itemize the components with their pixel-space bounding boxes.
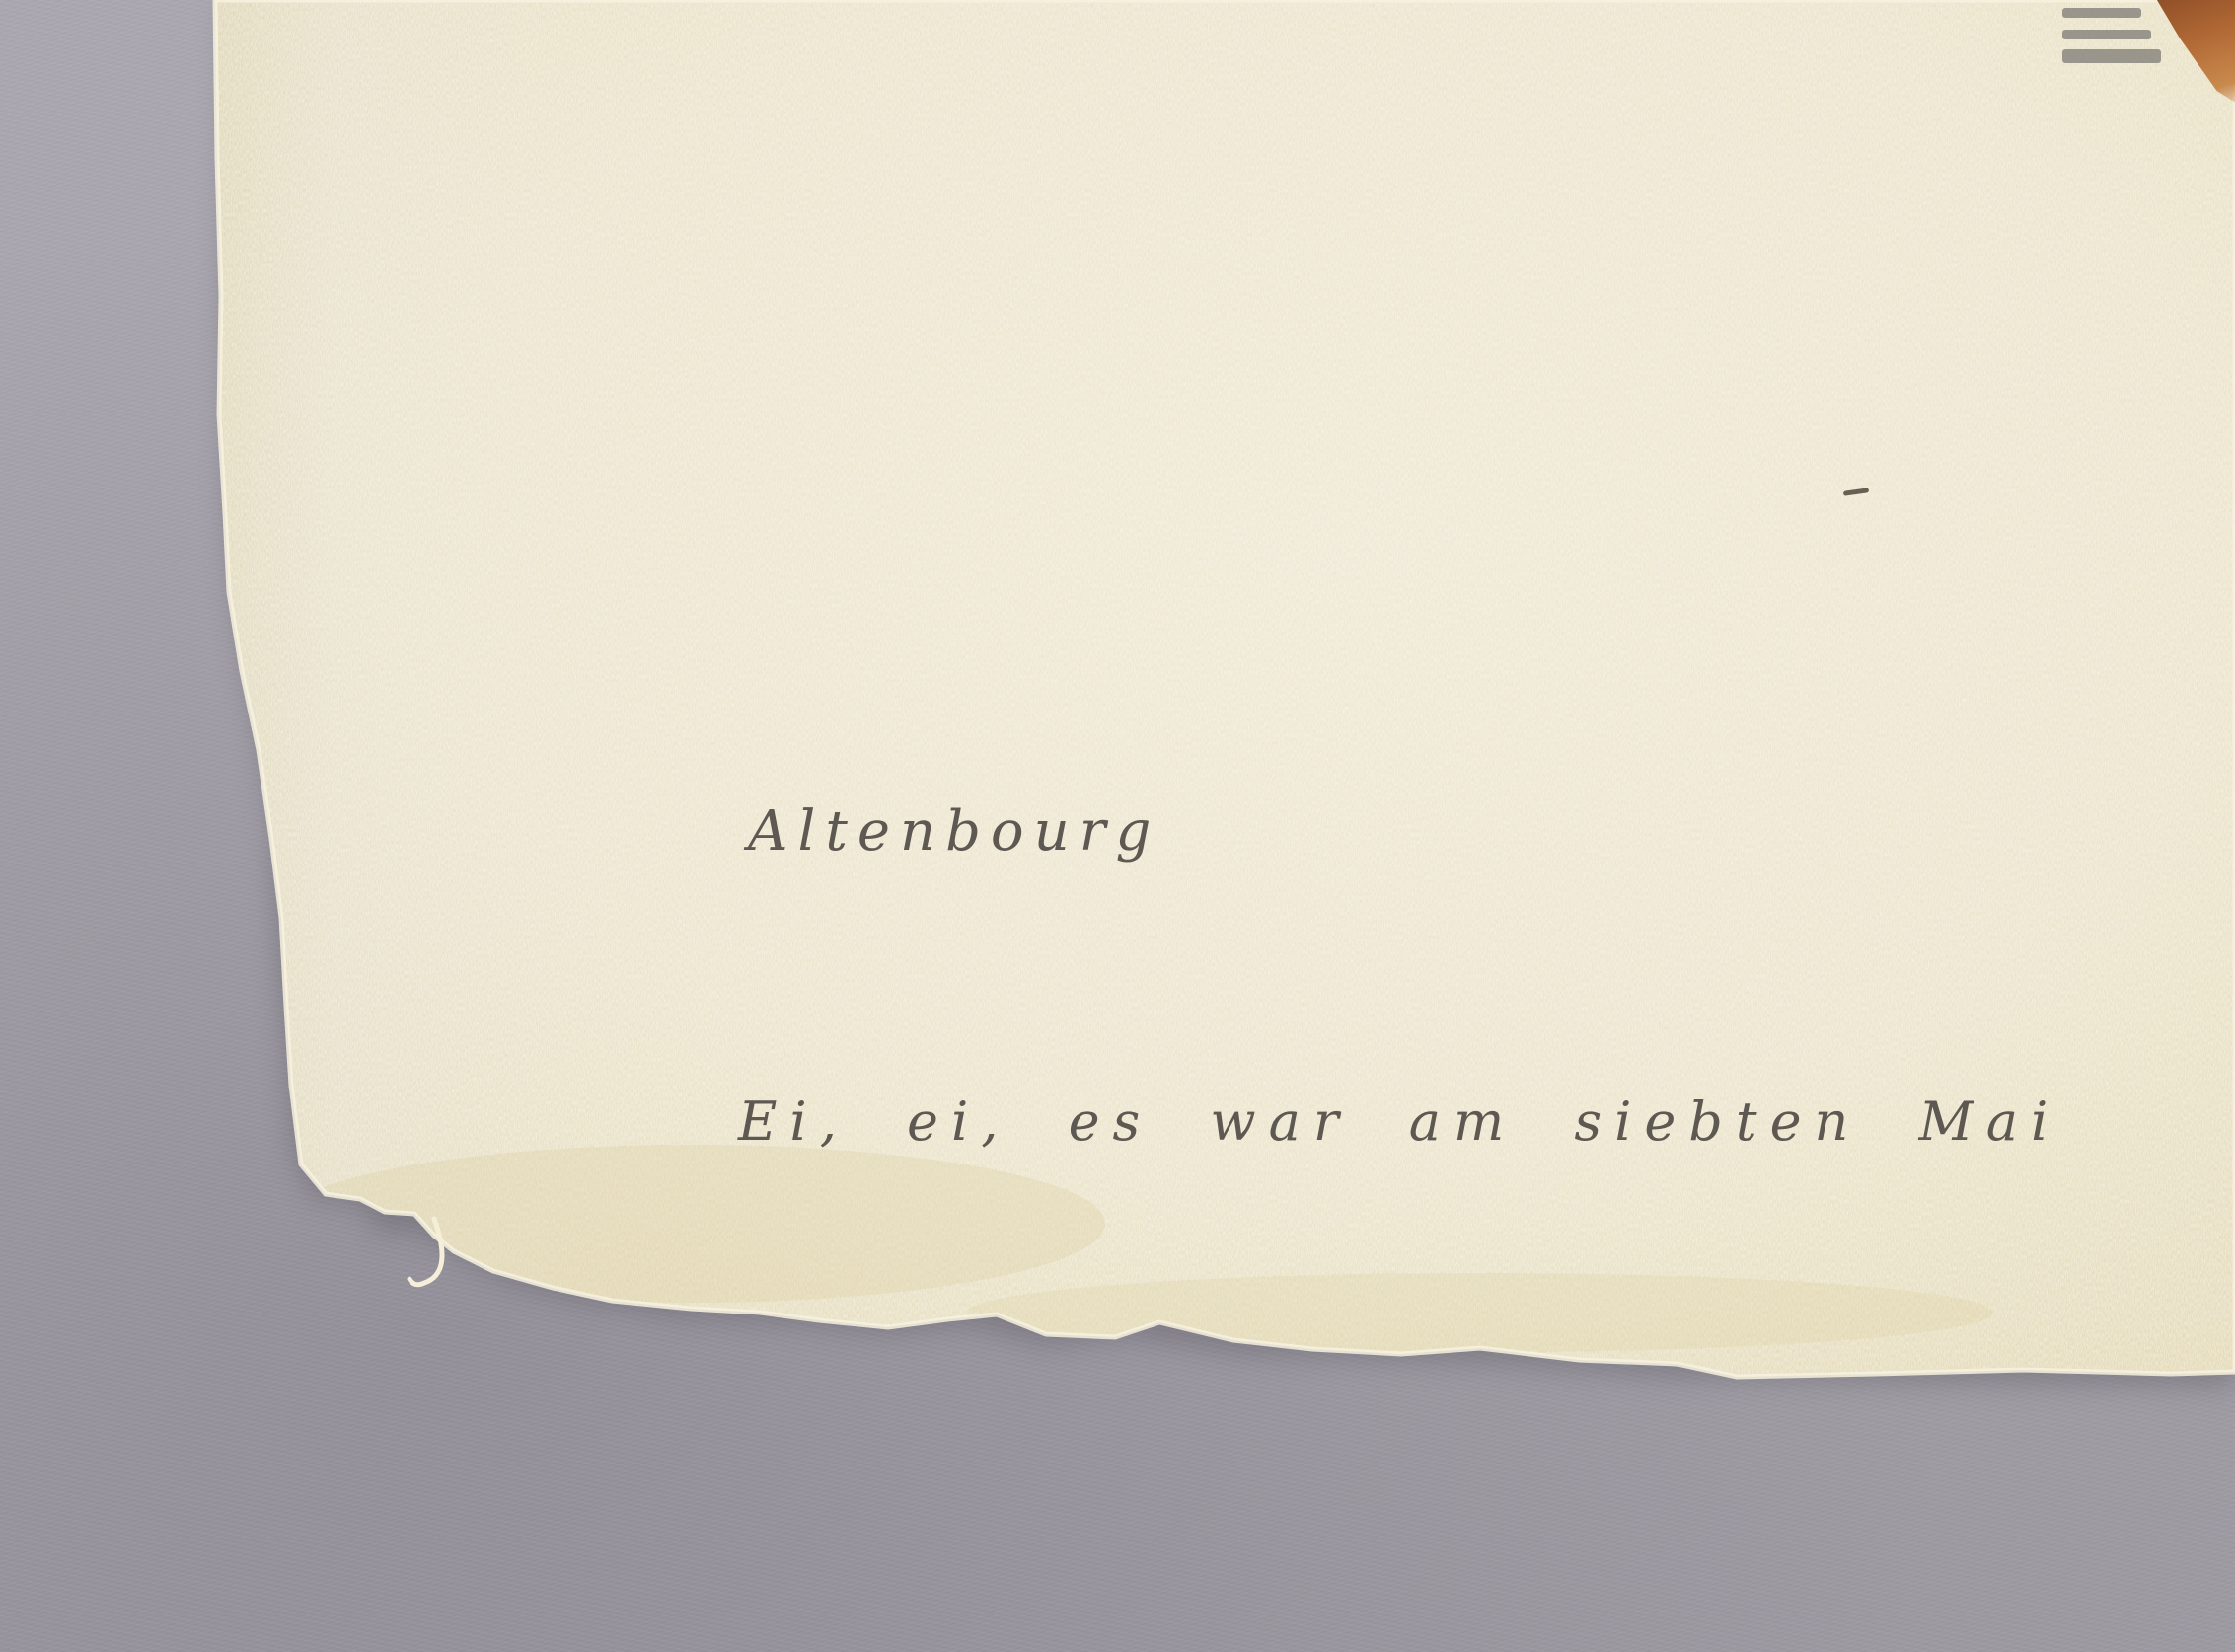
grey-stripe <box>2062 49 2161 63</box>
ochre-wash <box>2151 0 2235 109</box>
drawing-corner-fragment <box>2062 0 2235 109</box>
inscription-place-name: Altenbourg <box>748 799 1160 864</box>
grey-stripe <box>2062 8 2141 18</box>
grey-stripe <box>2062 30 2151 39</box>
inscription-verse-line: Ei, ei, es war am siebten Mai <box>738 1090 2060 1153</box>
photograph-scene: Altenbourg Ei, ei, es war am siebten Mai <box>0 0 2235 1652</box>
